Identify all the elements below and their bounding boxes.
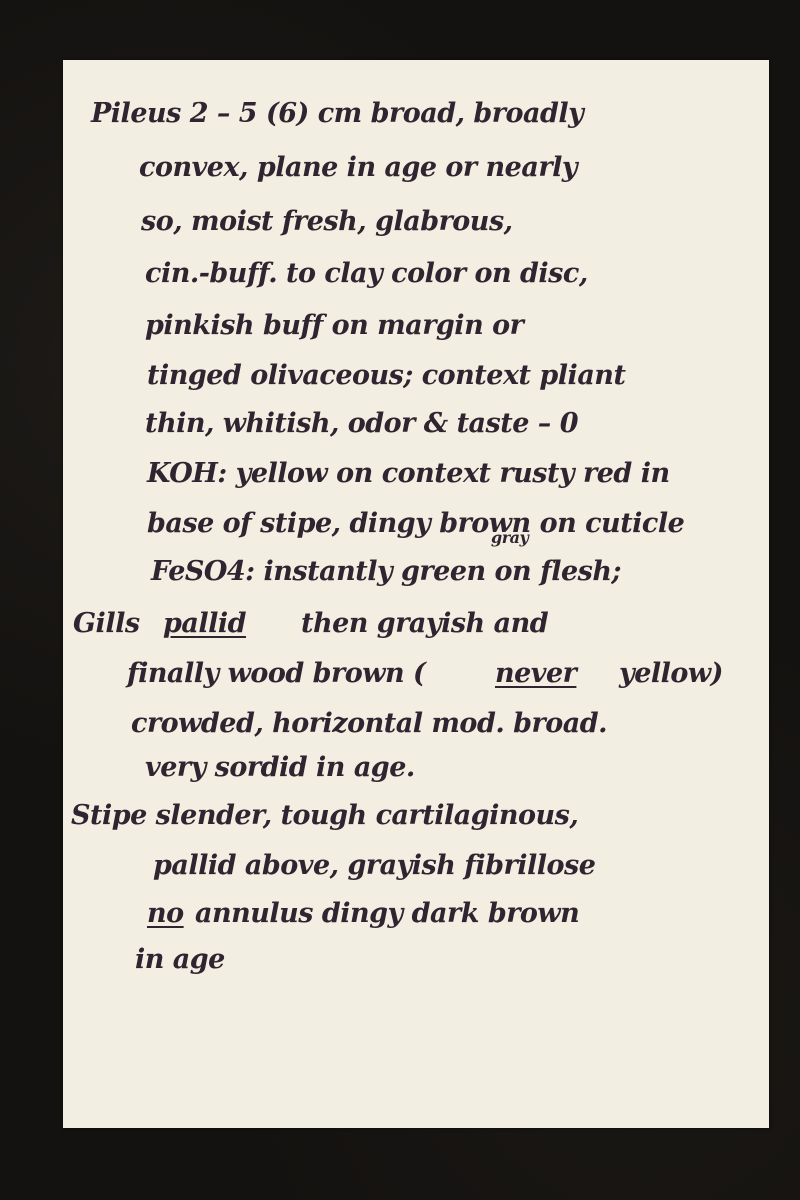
gills-line-2-end: yellow) xyxy=(619,658,723,689)
pileus-line-10: FeSO4: instantly green on flesh; xyxy=(151,556,621,587)
gills-label: Gills xyxy=(73,608,140,639)
gills-line-1-rest: then grayish and xyxy=(301,608,548,639)
specimen-note-card: Pileus 2 – 5 (6) cm broad, broadly conve… xyxy=(63,60,769,1128)
pileus-line-1: Pileus 2 – 5 (6) cm broad, broadly xyxy=(91,98,583,129)
gills-line-2-start: finally wood brown ( xyxy=(127,658,425,689)
pileus-line-3: so, moist fresh, glabrous, xyxy=(141,206,513,237)
pileus-line-4: cin.-buff. to clay color on disc, xyxy=(145,258,588,289)
pileus-line-9: base of stipe, dingy brown on cuticle xyxy=(147,508,684,539)
stipe-line-3-rest: annulus dingy dark brown xyxy=(195,898,579,929)
pileus-line-7: thin, whitish, odor & taste – 0 xyxy=(145,408,578,439)
pileus-line-6: tinged olivaceous; context pliant xyxy=(147,360,625,391)
gills-line-4: very sordid in age. xyxy=(145,752,415,783)
pileus-line-8: KOH: yellow on context rusty red in xyxy=(147,458,670,489)
pileus-insert-gray: gray xyxy=(491,528,528,547)
stipe-line-2: pallid above, grayish fibrillose xyxy=(153,850,595,881)
pileus-line-5: pinkish buff on margin or xyxy=(145,310,523,341)
stipe-line-4: in age xyxy=(135,944,225,975)
stipe-no-emphasis: no xyxy=(147,898,184,929)
gills-pallid-emphasis: pallid xyxy=(163,608,246,639)
gills-line-3: crowded, horizontal mod. broad. xyxy=(131,708,607,739)
pileus-line-2: convex, plane in age or nearly xyxy=(139,152,577,183)
gills-never-emphasis: never xyxy=(495,658,576,689)
stipe-line-1: Stipe slender, tough cartilaginous, xyxy=(71,800,578,831)
